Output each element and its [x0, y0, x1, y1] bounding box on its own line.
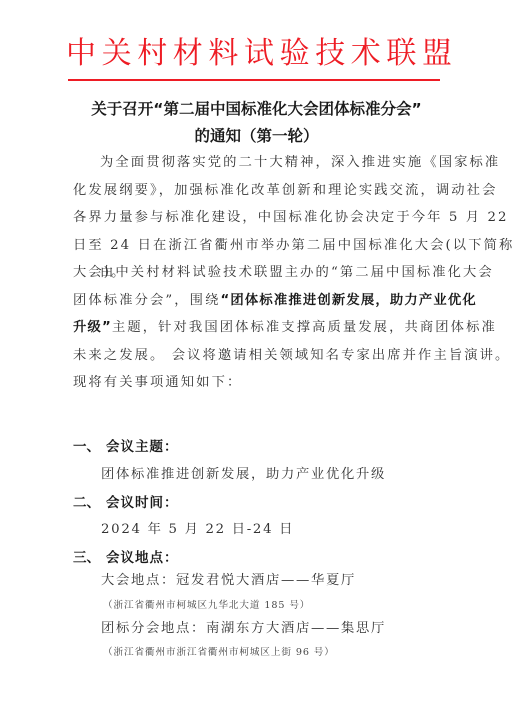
organizer-line: 升级”主题，针对我国团体标准支撑高质量发展，共商团体标准: [73, 314, 449, 342]
organizer-text: 主题，针对我国团体标准支撑高质量发展，共商团体标准: [112, 320, 497, 335]
main-venue-address: （浙江省衢州市柯城区九华北大道 185 号）: [103, 598, 310, 614]
intro-line: 日至 24 日在浙江省衢州市举办第二届中国标准化大会(以下简称：: [73, 232, 449, 260]
organizer-line: 未来之发展。 会议将邀请相关领域知名专家出席并作主旨演讲。: [73, 342, 449, 370]
notice-title-line2: 的通知（第一轮）: [40, 125, 473, 147]
section-number: 一、: [73, 437, 106, 457]
org-letterhead-title: 中关村材料试验技术联盟: [66, 34, 446, 74]
section-heading-time: 二、会议时间：: [73, 493, 179, 513]
section-heading-theme: 一、会议主题：: [73, 437, 179, 457]
section-number: 二、: [73, 493, 106, 513]
intro-line: 为全面贯彻落实党的二十大精神，深入推进实施《国家标准: [73, 149, 449, 177]
section-heading-venue: 三、会议地点：: [73, 548, 179, 568]
letterhead-red-rule: [68, 79, 440, 81]
main-venue-name: 大会地点：冠发君悦大酒店——华夏厅: [101, 571, 356, 591]
section-label: 会议地点：: [106, 550, 179, 566]
section-label: 会议时间：: [106, 495, 179, 511]
meeting-time-value: 2024 年 5 月 22 日-24 日: [101, 520, 294, 540]
document-page: 中关村材料试验技术联盟 关于召开“第二届中国标准化大会团体标准分会” 的通知（第…: [0, 0, 513, 715]
organizer-line: 由中关村材料试验技术联盟主办的“第二届中国标准化大会: [73, 259, 449, 287]
organizer-line: 团体标准分会”，围绕“团体标准推进创新发展，助力产业优化: [73, 287, 449, 315]
intro-line: 各界力量参与标准化建设，中国标准化协会决定于今年 5 月 22: [73, 204, 449, 232]
notice-title-line1: 关于召开“第二届中国标准化大会团体标准分会”: [40, 98, 473, 120]
sub-venue-address: （浙江省衢州市浙江省衢州市柯城区上街 96 号）: [103, 645, 335, 661]
organizer-paragraph: 由中关村材料试验技术联盟主办的“第二届中国标准化大会 团体标准分会”，围绕“团体…: [73, 259, 449, 397]
organizer-line: 现将有关事项通知如下：: [73, 369, 449, 397]
theme-emphasis: 升级”: [73, 320, 112, 335]
section-label: 会议主题：: [106, 439, 179, 455]
sub-venue-name: 团标分会地点：南湖东方大酒店——集思厅: [101, 619, 386, 639]
intro-line: 化发展纲要》，加强标准化改革创新和理论实践交流，调动社会: [73, 177, 449, 205]
theme-emphasis: “团体标准推进创新发展，助力产业优化: [220, 293, 476, 308]
section-number: 三、: [73, 548, 106, 568]
organizer-text: 团体标准分会”，围绕: [73, 293, 220, 308]
meeting-theme-value: 团体标准推进创新发展，助力产业优化升级: [101, 465, 386, 485]
